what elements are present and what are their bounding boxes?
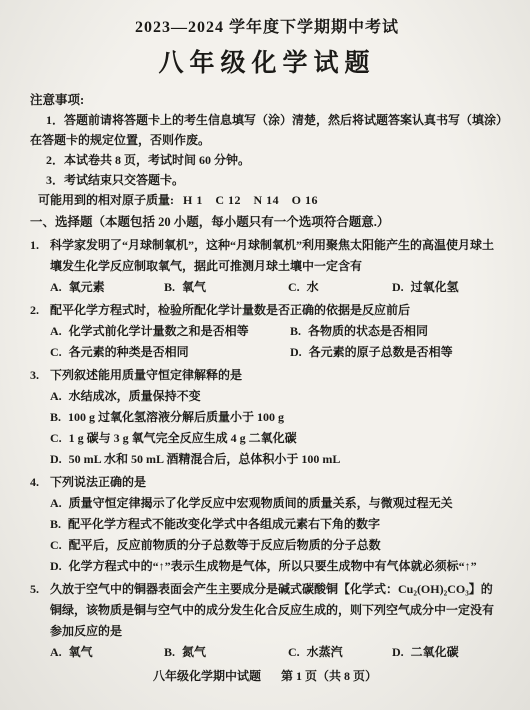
- option-label: C.: [50, 431, 62, 445]
- option-label: D.: [50, 559, 62, 573]
- page-footer: 八年级化学期中试题第 1 页（共 8 页）: [0, 667, 530, 684]
- question-3-options: A.水结成冰，质量保持不变 B.100 g 过氧化氢溶液分解后质量小于 100 …: [30, 386, 504, 470]
- option-b: B.100 g 过氧化氢溶液分解后质量小于 100 g: [50, 407, 504, 428]
- option-label: B.: [290, 324, 301, 338]
- question-3: 3. 下列叙述能用质量守恒定律解释的是 A.水结成冰，质量保持不变 B.100 …: [30, 365, 504, 470]
- option-label: B.: [164, 645, 175, 659]
- option-text: 各元素的原子总数是否相等: [309, 345, 453, 359]
- option-text: 氧元素: [69, 280, 105, 294]
- question-text: 科学家发明了“月球制氧机”，这种“月球制氧机”利用聚焦太阳能产生的高温使月球土壤…: [50, 235, 504, 277]
- footer-document-label: 八年级化学期中试题: [153, 669, 261, 683]
- exam-header: 2023—2024 学年度下学期期中考试 八年级化学试题: [30, 16, 504, 80]
- option-d: D.化学方程式中的“↑”表示生成物是气体，所以只要生成物中有气体就必须标“↑”: [50, 556, 504, 577]
- option-label: A.: [50, 496, 62, 510]
- option-b: B.配平化学方程式不能改变化学式中各组成元素右下角的数字: [50, 514, 504, 535]
- question-1-options: A.氧元素 B.氧气 C.水 D.过氧化氢: [30, 277, 504, 298]
- footer-page-number: 第 1 页（共 8 页）: [281, 669, 377, 683]
- notice-section: 注意事项: 1．答题前请将答题卡上的考生信息填写（涂）清楚，然后将试题答案认真书…: [30, 90, 504, 210]
- question-3-stem: 3. 下列叙述能用质量守恒定律解释的是: [30, 365, 504, 386]
- question-number: 3.: [30, 365, 50, 386]
- option-text: 氮气: [182, 645, 206, 659]
- atomic-mass-line: 可能用到的相对原子质量: H 1 C 12 N 14 O 16: [30, 190, 504, 210]
- question-number: 4.: [30, 472, 50, 493]
- option-text: 化学式前化学计量数之和是否相等: [69, 324, 249, 338]
- exam-session-title: 2023—2024 学年度下学期期中考试: [30, 16, 504, 40]
- option-label: A.: [50, 324, 62, 338]
- option-label: D.: [392, 645, 404, 659]
- option-text: 过氧化氢: [411, 280, 459, 294]
- option-label: C.: [288, 280, 300, 294]
- question-text: 久放于空气中的铜器表面会产生主要成分是碱式碳酸铜【化学式：Cu₂(OH)₂CO₃…: [50, 579, 504, 642]
- exam-paper-title: 八年级化学试题: [30, 48, 504, 80]
- question-2: 2. 配平化学方程式时，检验所配化学计量数是否正确的依据是反应前后 A.化学式前…: [30, 300, 504, 363]
- atomic-mass-values: H 1 C 12 N 14 O 16: [183, 193, 318, 207]
- choice-questions-section: 一、选择题（本题包括 20 小题，每小题只有一个选项符合题意.） 1. 科学家发…: [30, 212, 504, 663]
- option-label: B.: [50, 517, 61, 531]
- option-text: 1 g 碳与 3 g 氧气完全反应生成 4 g 二氧化碳: [69, 431, 297, 445]
- question-2-stem: 2. 配平化学方程式时，检验所配化学计量数是否正确的依据是反应前后: [30, 300, 504, 321]
- option-text: 配平化学方程式不能改变化学式中各组成元素右下角的数字: [68, 517, 380, 531]
- option-b: B.氧气: [164, 277, 288, 298]
- question-text: 下列说法正确的是: [50, 472, 504, 493]
- option-d: D.二氧化碳: [392, 642, 504, 663]
- option-d: D.50 mL 水和 50 mL 酒精混合后，总体积小于 100 mL: [50, 449, 504, 470]
- option-c: C.配平后，反应前物质的分子总数等于反应后物质的分子总数: [50, 535, 504, 556]
- option-label: D.: [50, 452, 62, 466]
- option-d: D.过氧化氢: [392, 277, 504, 298]
- option-text: 化学方程式中的“↑”表示生成物是气体，所以只要生成物中有气体就必须标“↑”: [69, 559, 477, 573]
- notice-heading: 注意事项:: [30, 90, 504, 110]
- option-a: A.氧气: [50, 642, 164, 663]
- option-label: C.: [50, 538, 62, 552]
- question-number: 5.: [30, 579, 50, 642]
- option-label: B.: [50, 410, 61, 424]
- option-c: C.水蒸汽: [288, 642, 392, 663]
- question-4: 4. 下列说法正确的是 A.质量守恒定律揭示了化学反应中宏观物质间的质量关系，与…: [30, 472, 504, 577]
- option-c: C.1 g 碳与 3 g 氧气完全反应生成 4 g 二氧化碳: [50, 428, 504, 449]
- option-a: A.水结成冰，质量保持不变: [50, 386, 504, 407]
- question-text: 下列叙述能用质量守恒定律解释的是: [50, 365, 504, 386]
- option-label: A.: [50, 645, 62, 659]
- option-text: 水蒸汽: [307, 645, 343, 659]
- notice-item-3: 3．考试结束只交答题卡。: [30, 170, 504, 190]
- option-label: B.: [164, 280, 175, 294]
- option-text: 水结成冰，质量保持不变: [69, 389, 201, 403]
- option-text: 水: [307, 280, 319, 294]
- option-label: A.: [50, 389, 62, 403]
- option-a: A.化学式前化学计量数之和是否相等: [50, 321, 290, 342]
- question-1-stem: 1. 科学家发明了“月球制氧机”，这种“月球制氧机”利用聚焦太阳能产生的高温使月…: [30, 235, 504, 277]
- exam-page: 2023—2024 学年度下学期期中考试 八年级化学试题 注意事项: 1．答题前…: [0, 0, 530, 710]
- option-b: B.各物质的状态是否相同: [290, 321, 504, 342]
- question-5: 5. 久放于空气中的铜器表面会产生主要成分是碱式碳酸铜【化学式：Cu₂(OH)₂…: [30, 579, 504, 663]
- option-text: 二氧化碳: [411, 645, 459, 659]
- option-text: 100 g 过氧化氢溶液分解后质量小于 100 g: [68, 410, 284, 424]
- notice-item-2: 2．本试卷共 8 页，考试时间 60 分钟。: [30, 150, 504, 170]
- option-label: D.: [392, 280, 404, 294]
- option-text: 氧气: [69, 645, 93, 659]
- option-a: A.氧元素: [50, 277, 164, 298]
- question-5-options: A.氧气 B.氮气 C.水蒸汽 D.二氧化碳: [30, 642, 504, 663]
- option-label: C.: [288, 645, 300, 659]
- option-text: 氧气: [182, 280, 206, 294]
- question-2-options: A.化学式前化学计量数之和是否相等 B.各物质的状态是否相同 C.各元素的种类是…: [30, 321, 504, 363]
- option-text: 50 mL 水和 50 mL 酒精混合后，总体积小于 100 mL: [69, 452, 341, 466]
- option-text: 各物质的状态是否相同: [308, 324, 428, 338]
- option-d: D.各元素的原子总数是否相等: [290, 342, 504, 363]
- question-4-options: A.质量守恒定律揭示了化学反应中宏观物质间的质量关系，与微观过程无关 B.配平化…: [30, 493, 504, 577]
- option-b: B.氮气: [164, 642, 288, 663]
- question-number: 2.: [30, 300, 50, 321]
- option-text: 质量守恒定律揭示了化学反应中宏观物质间的质量关系，与微观过程无关: [69, 496, 453, 510]
- option-label: A.: [50, 280, 62, 294]
- option-label: C.: [50, 345, 62, 359]
- section-heading: 一、选择题（本题包括 20 小题，每小题只有一个选项符合题意.）: [30, 212, 504, 233]
- option-a: A.质量守恒定律揭示了化学反应中宏观物质间的质量关系，与微观过程无关: [50, 493, 504, 514]
- option-text: 配平后，反应前物质的分子总数等于反应后物质的分子总数: [69, 538, 381, 552]
- option-text: 各元素的种类是否相同: [69, 345, 189, 359]
- question-5-stem: 5. 久放于空气中的铜器表面会产生主要成分是碱式碳酸铜【化学式：Cu₂(OH)₂…: [30, 579, 504, 642]
- option-label: D.: [290, 345, 302, 359]
- question-4-stem: 4. 下列说法正确的是: [30, 472, 504, 493]
- atomic-mass-label: 可能用到的相对原子质量:: [38, 193, 174, 207]
- notice-item-1: 1．答题前请将答题卡上的考生信息填写（涂）清楚，然后将试题答案认真书写（填涂）在…: [30, 110, 504, 150]
- option-c: C.水: [288, 277, 392, 298]
- question-1: 1. 科学家发明了“月球制氧机”，这种“月球制氧机”利用聚焦太阳能产生的高温使月…: [30, 235, 504, 298]
- option-c: C.各元素的种类是否相同: [50, 342, 290, 363]
- question-number: 1.: [30, 235, 50, 277]
- question-text: 配平化学方程式时，检验所配化学计量数是否正确的依据是反应前后: [50, 300, 504, 321]
